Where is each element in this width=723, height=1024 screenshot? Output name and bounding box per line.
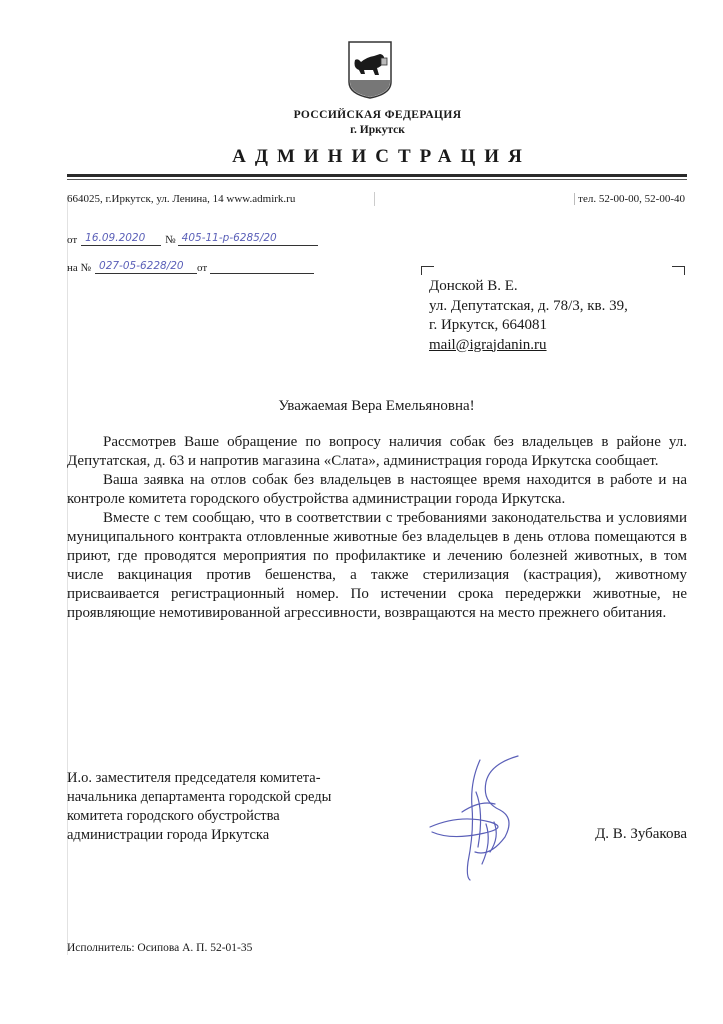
executor-line: Исполнитель: Осипова А. П. 52-01-35	[67, 942, 252, 954]
number-handwritten: 405-11-р-6285/20	[182, 232, 277, 244]
number-label: №	[165, 234, 176, 246]
admin-phone: тел. 52-00-00, 52-00-40	[574, 193, 685, 205]
recipient-name: Донской В. Е.	[429, 277, 628, 297]
address-corner-right	[672, 266, 685, 275]
reply-label: на №	[67, 262, 91, 274]
incoming-reference: на № 027-05-6228/20 от	[67, 260, 314, 274]
country-heading: РОССИЙСКАЯ ФЕДЕРАЦИЯ	[0, 109, 723, 121]
reply-from-label: от	[197, 262, 207, 274]
letter-greeting: Уважаемая Вера Емельяновна!	[0, 398, 723, 415]
administration-title: АДМИНИСТРАЦИЯ	[0, 146, 723, 168]
header-rule-thin	[67, 179, 687, 180]
body-paragraph: Вместе с тем сообщаю, что в соответствии…	[67, 509, 687, 623]
letter-body: Рассмотрев Ваше обращение по вопросу нал…	[67, 433, 687, 623]
date-handwritten: 16.09.2020	[85, 232, 145, 244]
reply-number-field: 027-05-6228/20	[95, 260, 197, 274]
signatory-title-line: И.о. заместителя председателя комитета-	[67, 769, 331, 788]
address-corner-left	[421, 266, 434, 275]
signatory-title-line: начальника департамента городской среды	[67, 788, 331, 807]
number-field: 405-11-р-6285/20	[178, 232, 318, 246]
separator-mark	[374, 192, 375, 206]
irkutsk-coat-of-arms-icon	[347, 40, 393, 100]
city-heading: г. Иркутск	[0, 124, 723, 136]
body-paragraph: Рассмотрев Ваше обращение по вопросу нал…	[67, 433, 687, 471]
signatory-title: И.о. заместителя председателя комитета- …	[67, 769, 331, 845]
signatory-title-line: комитета городского обустройства	[67, 807, 331, 826]
admin-address: 664025, г.Иркутск, ул. Ленина, 14 www.ad…	[67, 193, 295, 205]
date-field: 16.09.2020	[81, 232, 161, 246]
header-rule-thick	[67, 174, 687, 177]
signatory-title-line: администрации города Иркутска	[67, 826, 331, 845]
body-paragraph: Ваша заявка на отлов собак без владельце…	[67, 471, 687, 509]
recipient-city: г. Иркутск, 664081	[429, 316, 628, 336]
recipient-block: Донской В. Е. ул. Депутатская, д. 78/3, …	[429, 277, 628, 355]
reply-date-field	[210, 260, 314, 274]
handwritten-signature-icon	[420, 752, 540, 882]
signatory-name: Д. В. Зубакова	[595, 826, 687, 843]
from-label: от	[67, 234, 77, 246]
outgoing-reference: от 16.09.2020 № 405-11-р-6285/20	[67, 232, 318, 246]
recipient-email[interactable]: mail@igrajdanin.ru	[429, 336, 628, 356]
reply-number-handwritten: 027-05-6228/20	[99, 260, 184, 272]
recipient-street: ул. Депутатская, д. 78/3, кв. 39,	[429, 297, 628, 317]
